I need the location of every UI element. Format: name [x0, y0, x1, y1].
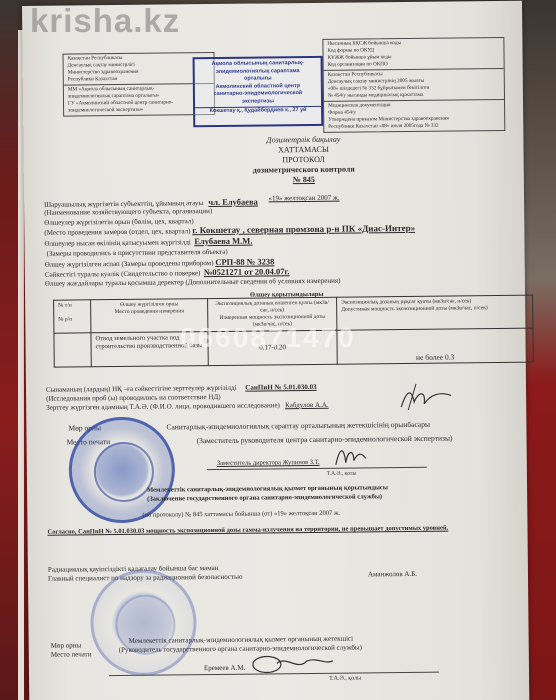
- header-right-box: Нысанның БҚСЖ бойынша коды Код формы по …: [322, 37, 505, 133]
- field-label-ru: (Место проведения замеров (отдел, цех, к…: [44, 227, 190, 237]
- seal-emblem: [94, 442, 155, 503]
- header-line: Код организации по ОКПО: [328, 60, 500, 69]
- researcher-name: Кабдулов А.А.: [285, 401, 329, 409]
- field-label: Өлшеулер нысан өкілінің қатысуымен жүргі…: [44, 238, 190, 248]
- cell-number: [54, 333, 91, 367]
- order-block: Қазақстан Республикасы Денсаулық сақтау …: [324, 69, 504, 102]
- researcher-line: Зерттеу жүргізген адамның Т.А.Ә. (Ф.И.О.…: [46, 401, 328, 413]
- deputy-title-ru: (Заместитель руководителя центра санитар…: [197, 434, 453, 446]
- center-block: ММ «Ақмола облысының санитарлық- эпидеми…: [64, 84, 214, 116]
- researcher-label: Зерттеу жүргізген адамның Т.А.Ә. (Ф.И.О.…: [46, 401, 280, 411]
- column-header-allowed: Экспозициялық дозаның рұқсат қуаты (мкЗв…: [337, 295, 533, 330]
- signature-caption: Т.А.Ә., қолы: [329, 674, 361, 683]
- field-value-device: СРП-88 № 3238: [215, 256, 274, 267]
- head-name: Еремеев А.М.: [204, 664, 245, 673]
- field-value-certificate: №0521271 от 20.04.07г.: [204, 266, 290, 277]
- ministry-block: Қазақстан Республикасы Денсаулық сақтау …: [64, 53, 214, 86]
- watermark-phone: 0660871470: [180, 322, 356, 354]
- field-label-ru: (Наименование хозяйствующего субъекта, о…: [44, 207, 212, 218]
- conclusion-reference: (по протоколу) № 845 хаттамасы бойынша (…: [142, 509, 340, 520]
- stamp-line: Ақмола облысының санитарлық-: [195, 60, 321, 69]
- deputy-title-kz: Санитарлық-эпидемиологиялық сараптау орт…: [166, 420, 430, 432]
- document-title: Дозиметрлік бақылау ХАТТАМАСЫ ПРОТОКОЛ д…: [143, 133, 464, 204]
- seal-place-kz: Мөр орны: [51, 641, 82, 650]
- conclusion-text: Согласно, СанПиН № 5.01.030.03 мощность …: [47, 523, 467, 536]
- research-norm: СанПиН № 5.01.030.03: [245, 383, 316, 392]
- field-value-representative: Елубаева М.М.: [194, 236, 252, 247]
- column-header-number: № т/н № р/п: [54, 300, 91, 333]
- deputy-name: Заместитель директора Жупинов З.Т.: [217, 458, 320, 468]
- codes-block: Нысанның БҚСЖ бойынша коды Код формы по …: [323, 38, 503, 71]
- official-seal-faded: [90, 569, 197, 676]
- header-line: Республики Казахстан «08» июля 2005года …: [328, 122, 500, 131]
- seal-place-ru: Место печати: [51, 650, 92, 659]
- header-line: Республики Казахстан: [68, 75, 210, 83]
- signature-caption: Т.А.Ә., қолы: [327, 470, 357, 479]
- field-value-location: г. Кокшетау , северная промзона р-н ПК «…: [192, 223, 415, 235]
- watermark-site: krisha.kz: [30, 2, 180, 40]
- stamp-line: Кокшетау қ., Қудайбердиев к., 27 уй: [195, 105, 321, 115]
- field-label-ru: (Замеры проводились в присутствии предст…: [47, 248, 228, 259]
- conclusion-title-ru: (Заключение государственного органа сани…: [147, 492, 382, 503]
- header-line: эпидемиологической экспертизы»: [68, 106, 210, 114]
- field-additional-info: Өлшеу жағдайлары туралы қосымша деректер…: [45, 277, 341, 289]
- protocol-number: № 845: [144, 173, 464, 186]
- deputy-signature: [332, 442, 372, 467]
- researcher-signature: [396, 381, 456, 412]
- specialist-name: Аманжолов А.Б.: [368, 570, 417, 580]
- header-line: № 454/у нысанды медициналық құжаттама: [328, 91, 500, 100]
- official-seal: [68, 416, 175, 523]
- cell-allowed: не более 0.3: [337, 328, 533, 364]
- field-label: Сәйкестігі туралы куәлік (Свидетельство …: [45, 269, 201, 279]
- form-block: Медицинская документация Форма 454/у Утв…: [324, 100, 504, 132]
- field-value-organization: чл. Елубаева: [208, 197, 258, 208]
- organization-stamp: Ақмола облысының санитарлық- эпидемиолог…: [193, 56, 324, 127]
